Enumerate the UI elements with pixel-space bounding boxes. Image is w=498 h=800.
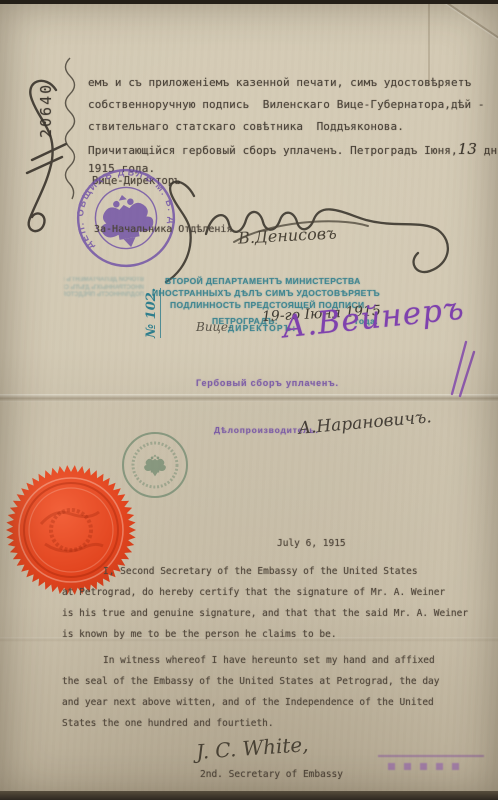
embassy-para2-line-2: the seal of the Embassy of the United St… (62, 676, 440, 687)
red-wax-seal (5, 464, 139, 598)
double-eagle-icon (96, 190, 157, 251)
embassy-para1-line-2: at Petrograd, do hereby certify that the… (62, 587, 445, 598)
photo-bottom-edge (0, 791, 498, 800)
faded-stamp-line (378, 755, 484, 757)
stamp-offset-ghost: ВТОРОЙ ДЕПАРТАМЕНТЪ МИНИСТЕРСТВА ИНОСТРА… (64, 277, 144, 300)
ghost-line: ПОДЛИННОСТЬ ПРЕДСТОЯЩЕЙ ПОДПИСИ. (64, 292, 144, 300)
handwritten-day: 13 (458, 140, 477, 158)
mfa-stamp-line-1: ВТОРОЙ ДЕПАРТАМЕНТЪ МИНИСТЕРСТВА (165, 276, 361, 286)
certification-line-2: собственноручную подпись Виленскаго Вице… (88, 98, 485, 111)
secretary-title: 2nd. Secretary of Embassy (200, 769, 343, 780)
embassy-date: July 6, 1915 (277, 538, 346, 549)
embassy-para2-line-4: States the one hundred and fourtieth. (62, 718, 274, 729)
line4-text: Причитающійся гербовый сборъ уплаченъ. П… (88, 144, 458, 157)
certification-line-1: емъ и съ приложеніемъ казенной печати, с… (88, 76, 471, 89)
embassy-para1-line-4: is known by me to be the person he claim… (62, 629, 337, 640)
line4-suffix: дня (477, 144, 498, 157)
vice-director-hand: Вице- (196, 320, 232, 334)
embassy-para1-line-1: I, Second Secretary of the Embassy of th… (103, 566, 418, 577)
mfa-ref-number: № 102. (144, 288, 161, 338)
embassy-para1-line-3: is his true and genuine signature, and t… (62, 608, 468, 619)
ghost-line: ИНОСТРАННЫХЪ ДѢЛЪ СИМЪ УДОСТОВѢРЯЕТЪ (64, 285, 144, 293)
document-photo: 20640 емъ и съ приложеніемъ казенной печ… (0, 0, 498, 800)
embassy-para2-line-3: and year next above witten, and of the I… (62, 697, 434, 708)
double-eagle-icon (144, 455, 166, 477)
section-chief-label: За-Начальника Отдѣленія (94, 224, 232, 235)
vertical-crease (428, 0, 430, 86)
duty-paid-stamp: Гербовый сборъ уплаченъ. (196, 378, 339, 388)
mfa-stamp-line-2: ИНОСТРАННЫХЪ ДѢЛЪ СИМЪ УДОСТОВѢРЯЕТЪ (152, 288, 380, 298)
ghost-line: ВТОРОЙ ДЕПАРТАМЕНТЪ МИНИСТЕРСТВА (64, 277, 144, 285)
photo-top-edge (0, 0, 498, 4)
certification-line-4: Причитающійся гербовый сборъ уплаченъ. П… (88, 140, 498, 158)
faded-ink-marks (388, 763, 459, 770)
signature-tail-strokes (448, 336, 476, 400)
horizontal-fold-crease (0, 394, 498, 402)
certification-line-3: ствительнаго статскаго совѣтника Поддъяк… (88, 120, 404, 133)
mfa-ref-number-rotated: № 102. (140, 288, 159, 338)
embassy-para2-line-1: In witness whereof I have hereunto set m… (103, 655, 435, 666)
